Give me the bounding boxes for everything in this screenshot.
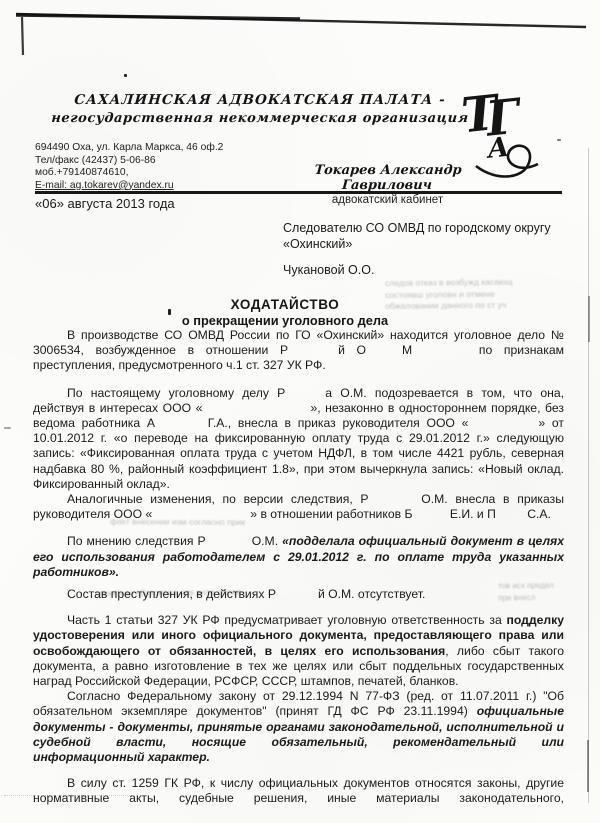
text-segment: Часть 1 статьи 327 УК РФ предусматривает… <box>67 613 506 627</box>
redaction-gap <box>496 507 524 522</box>
scan-edge-artifact <box>588 296 590 342</box>
scan-speck <box>124 74 127 77</box>
scan-speck <box>557 139 561 141</box>
scan-edge-artifact <box>588 148 589 803</box>
body-paragraph: По мнению следствия Р О.М. «подделала оф… <box>33 534 564 580</box>
text-segment: По мнению следствия Р <box>67 534 206 548</box>
body-paragraph: Аналогичные изменения, по версии следств… <box>33 492 564 522</box>
org-phone: Тел/факс (42437) 5-06-86 <box>35 155 275 168</box>
redaction-gap <box>288 343 338 358</box>
document-title: ХОДАТАЙСТВО <box>75 297 495 312</box>
redaction-gap <box>202 401 310 416</box>
body-paragraph: Часть 1 статьи 327 УК РФ предусматривает… <box>33 613 564 689</box>
lawyer-name: Токарев Александр Гаврилович <box>279 163 496 193</box>
svg-text:А: А <box>484 132 511 165</box>
text-segment: й О.М. отсутствует. <box>318 587 425 601</box>
redaction-gap <box>366 343 402 358</box>
text-segment: По настоящему уголовному делу Р <box>67 386 285 400</box>
text-segment: В силу ст. 1259 ГК РФ, к числу официальн… <box>33 776 564 805</box>
text-segment: М <box>402 343 412 357</box>
text-segment: й О <box>338 343 366 357</box>
redaction-gap <box>412 343 467 358</box>
org-mobile: моб.+79140874610, <box>35 167 275 180</box>
recipient-line2: «Охинский» <box>283 236 551 252</box>
org-subtitle: негосударственная некоммерческая организ… <box>39 111 480 126</box>
redaction-gap <box>369 492 414 507</box>
redaction-gap <box>276 587 318 602</box>
text-segment: Е.И. и П <box>446 507 495 521</box>
recipient-name: Чукановой О.О. <box>283 262 551 278</box>
org-address: 694490 Оха, ул. Карла Маркса, 46 оф.2 <box>35 142 275 155</box>
lawyer-block: Токарев Александр Гаврилович адвокатский… <box>280 163 495 206</box>
body-paragraph: Состав преступления, в действиях Р й О.М… <box>33 587 564 602</box>
text-segment: Аналогичные изменения, по версии следств… <box>67 492 369 506</box>
scanned-document-page: САХАЛИНСКАЯ АДВОКАТСКАЯ ПАЛАТА - негосуд… <box>0 0 600 823</box>
redaction-gap <box>206 534 248 549</box>
scan-speck <box>4 427 11 429</box>
redaction-gap <box>468 416 538 431</box>
document-date: «06» августа 2013 года <box>35 196 175 211</box>
lawyer-office: адвокатский кабинет <box>280 194 495 206</box>
document-title-block: ХОДАТАЙСТВО о прекращении уголовного дел… <box>75 297 495 328</box>
redaction-gap <box>152 507 250 522</box>
scan-speck <box>168 309 171 315</box>
redaction-gap <box>155 416 201 431</box>
body-paragraph: Согласно Федеральному закону от 29.12.19… <box>33 689 564 765</box>
text-segment: » в отношении работников Б <box>250 507 412 521</box>
scan-edge-artifact <box>4 795 132 796</box>
redaction-gap <box>412 507 446 522</box>
body-paragraph: По настоящему уголовному делу Р а О.М. п… <box>33 386 564 492</box>
scan-edge-artifact <box>0 0 600 60</box>
text-segment: О.М. <box>248 534 282 548</box>
recipient-block: Следователю СО ОМВД по городскому округу… <box>283 220 551 278</box>
redaction-gap <box>285 386 325 401</box>
document-subtitle: о прекращении уголовного дела <box>75 313 495 328</box>
body-paragraph: В силу ст. 1259 ГК РФ, к числу официальн… <box>33 776 564 806</box>
text-segment: С.А. <box>524 507 551 521</box>
body-paragraph: В производстве СО ОМВД России по ГО «Охи… <box>33 328 564 374</box>
org-name: САХАЛИНСКАЯ АДВОКАТСКАЯ ПАЛАТА - <box>39 92 480 108</box>
recipient-line1: Следователю СО ОМВД по городскому округу <box>283 220 551 236</box>
document-body: В производстве СО ОМВД России по ГО «Охи… <box>33 328 564 807</box>
letterhead-org: САХАЛИНСКАЯ АДВОКАТСКАЯ ПАЛАТА - негосуд… <box>40 92 480 126</box>
letterhead-contacts: 694490 Оха, ул. Карла Маркса, 46 оф.2 Те… <box>35 142 275 192</box>
letterhead-rule <box>35 191 562 194</box>
text-segment: Г.А., внесла в приказ руководителя ООО « <box>201 416 468 430</box>
text-segment: Состав преступления, в действиях Р <box>67 587 276 601</box>
scan-edge-artifact <box>587 740 589 792</box>
